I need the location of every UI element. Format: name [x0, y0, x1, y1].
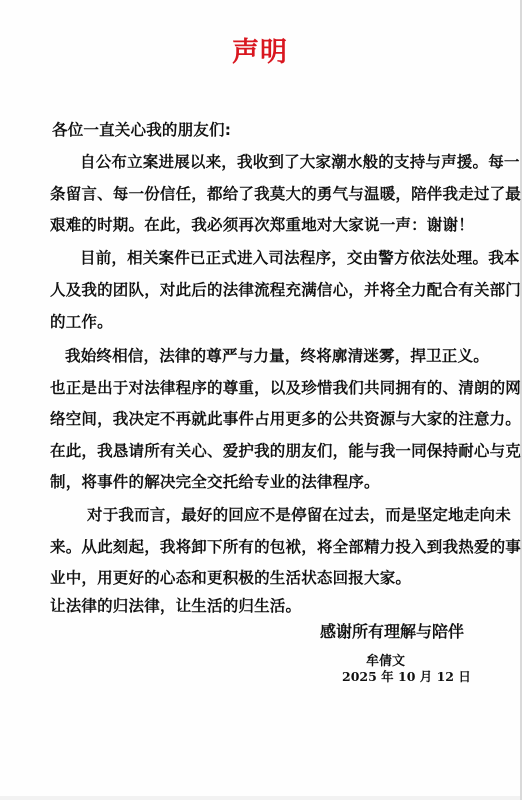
page-bottom-edge [0, 796, 520, 800]
signature-date: 2025 年 10 月 12 日 [342, 667, 471, 685]
paragraph-1-line-1: 自公布立案进展以来，我收到了大家潮水般的支持与声援。每一 [80, 152, 520, 172]
paragraph-1-line-3: 艰难的时期。在此，我必须再次郑重地对大家说一声：谢谢！ [50, 215, 474, 235]
document-title: 声明 [0, 36, 520, 70]
paragraph-2-line-3: 的工作。 [50, 312, 113, 332]
paragraph-4-line-1: 也正是出于对法律程序的尊重，以及珍惜我们共同拥有的、清朗的网 [50, 378, 521, 398]
paragraph-2-line-2: 人及我的团队，对此后的法律流程充满信心，并将全力配合有关部门 [50, 280, 521, 300]
paragraph-5-line-3: 业中，用更好的心态和更积极的生活状态回报大家。 [50, 568, 411, 588]
paragraph-2-line-1: 目前，相关案件已正式进入司法程序，交由警方依法处理。我本 [80, 248, 520, 268]
paragraph-5-line-1: 对于我而言，最好的回应不是停留在过去，而是坚定地走向未 [87, 505, 511, 525]
paragraph-3-line-1: 我始终相信，法律的尊严与力量，终将廓清迷雾，捍卫正义。 [65, 346, 489, 366]
paragraph-4-line-4: 制，将事件的解决完全交托给专业的法律程序。 [50, 472, 380, 492]
salutation: 各位一直关心我的朋友们: [52, 120, 231, 140]
closing-line: 感谢所有理解与陪伴 [320, 622, 464, 642]
paragraph-4-line-2: 络空间，我决定不再就此事件占用更多的公共资源与大家的注意力。 [50, 409, 521, 429]
statement-document: 声明 各位一直关心我的朋友们: 自公布立案进展以来，我收到了大家潮水般的支持与声… [0, 0, 522, 800]
paragraph-5-line-2: 来。从此刻起，我将卸下所有的包袱，将全部精力投入到我热爱的事 [50, 537, 521, 557]
paragraph-4-line-3: 在此，我恳请所有关心、爱护我的朋友们，能与我一同保持耐心与克 [50, 441, 521, 461]
paragraph-1-line-2: 条留言、每一份信任，都给了我莫大的勇气与温暖，陪伴我走过了最 [50, 184, 521, 204]
paragraph-6-line-1: 让法律的归法律，让生活的归生活。 [50, 596, 301, 616]
